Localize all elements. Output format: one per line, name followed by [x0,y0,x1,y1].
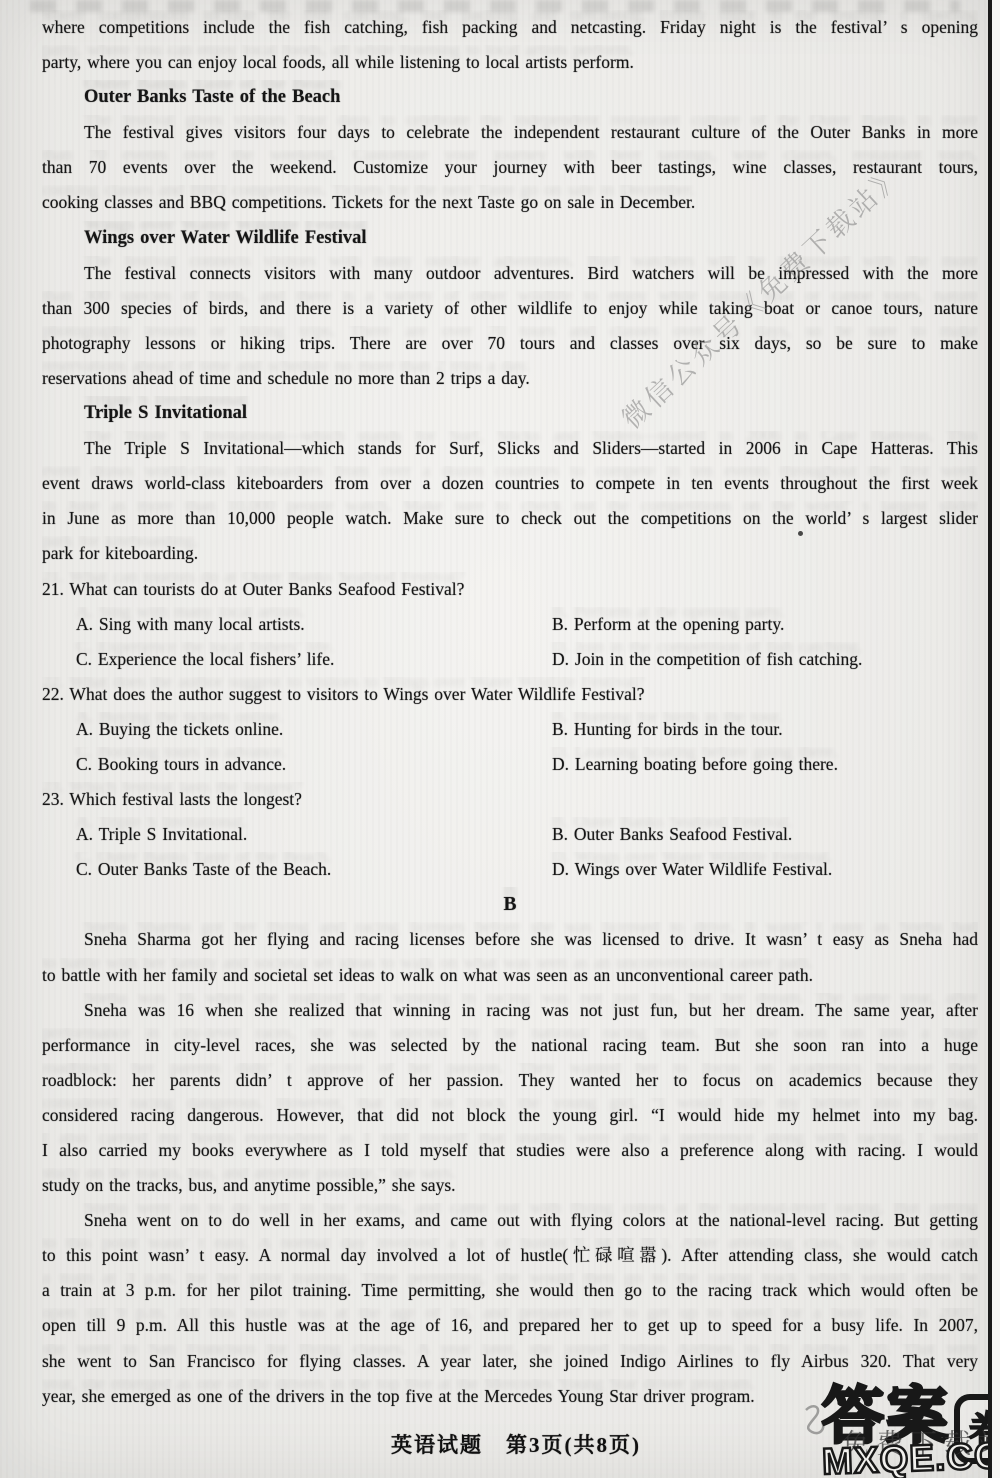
exam-page: where competitions include the fish catc… [0,0,1000,1478]
text-line: open till 9 p.m. All this hustle was at … [42,1308,978,1343]
text-line: a train at 3 p.m. for her pilot training… [42,1273,978,1308]
text-line: Sneha was 16 when she realized that winn… [42,993,978,1028]
text-line: Sneha Sharma got her flying and racing l… [42,922,978,957]
text-line: I also carried my books everywhere as I … [42,1133,978,1168]
text-line: party, where you can enjoy local foods, … [42,45,978,80]
question-stem: 22. What does the author suggest to visi… [42,677,978,712]
option-b: B. Outer Banks Seafood Festival. [552,817,792,852]
option-c: C. Experience the local fishers’ life. [76,642,334,677]
text-line: photography lessons or hiking trips. The… [42,326,978,361]
text-line: Sneha went on to do well in her exams, a… [42,1203,978,1238]
text-line: The festival gives visitors four days to… [42,115,978,150]
text-line: The festival connects visitors with many… [42,256,978,291]
question-stem: 23. Which festival lasts the longest? [42,782,978,817]
text-line: in June as more than 10,000 people watch… [42,501,978,536]
text-line: park for kiteboarding. [42,536,978,571]
page-footer: 英语试题 第3页(共8页) [391,1429,641,1459]
option-d: D. Wings over Water Wildlife Festival. [552,852,832,887]
text-line: performance in city-level races, she was… [42,1028,978,1063]
option-d: D. Learning boating before going there. [552,747,838,782]
option-a: A. Triple S Invitational. [76,817,247,852]
section-label: B [42,887,978,922]
option-row: A. Buying the tickets online. B. Hunting… [42,712,978,747]
option-c: C. Booking tours in advance. [76,747,286,782]
option-row: A. Sing with many local artists. B. Perf… [42,607,978,642]
option-c: C. Outer Banks Taste of the Beach. [76,852,331,887]
passage-heading: Triple S Invitational [42,396,978,431]
answer-site-watermark: 答案卷 免费下载站 MXQE.COM [822,1366,1000,1478]
question-stem: 21. What can tourists do at Outer Banks … [42,572,978,607]
text-line: reservations ahead of time and schedule … [42,361,978,396]
option-a: A. Buying the tickets online. [76,712,283,747]
option-row: A. Triple S Invitational. B. Outer Banks… [42,817,978,852]
passage-heading: Outer Banks Taste of the Beach [42,80,978,115]
text-line: than 300 species of birds, and there is … [42,291,978,326]
option-b: B. Perform at the opening party. [552,607,784,642]
text-line: The Triple S Invitational—which stands f… [42,431,978,466]
text-line: than 70 events over the weekend. Customi… [42,150,978,185]
text-line: to this point wasn’ t easy. A normal day… [42,1238,978,1273]
text-line: considered racing dangerous. However, th… [42,1098,978,1133]
option-row: C. Booking tours in advance. D. Learning… [42,747,978,782]
text-line: where competitions include the fish catc… [42,10,978,45]
option-row: C. Experience the local fishers’ life. D… [42,642,978,677]
text-line: roadblock: her parents didn’ t approve o… [42,1063,978,1098]
page-edge-margin [992,0,1000,1478]
text-line: event draws world-class kiteboarders fro… [42,466,978,501]
option-row: C. Outer Banks Taste of the Beach. D. Wi… [42,852,978,887]
option-a: A. Sing with many local artists. [76,607,305,642]
ink-dot-artifact [798,531,803,536]
text-line: to battle with her family and societal s… [42,958,978,993]
option-d: D. Join in the competition of fish catch… [552,642,862,677]
text-line: study on the tracks, bus, and anytime po… [42,1168,978,1203]
option-b: B. Hunting for birds in the tour. [552,712,783,747]
brand-site-url: MXQE.COM [821,1435,1000,1478]
